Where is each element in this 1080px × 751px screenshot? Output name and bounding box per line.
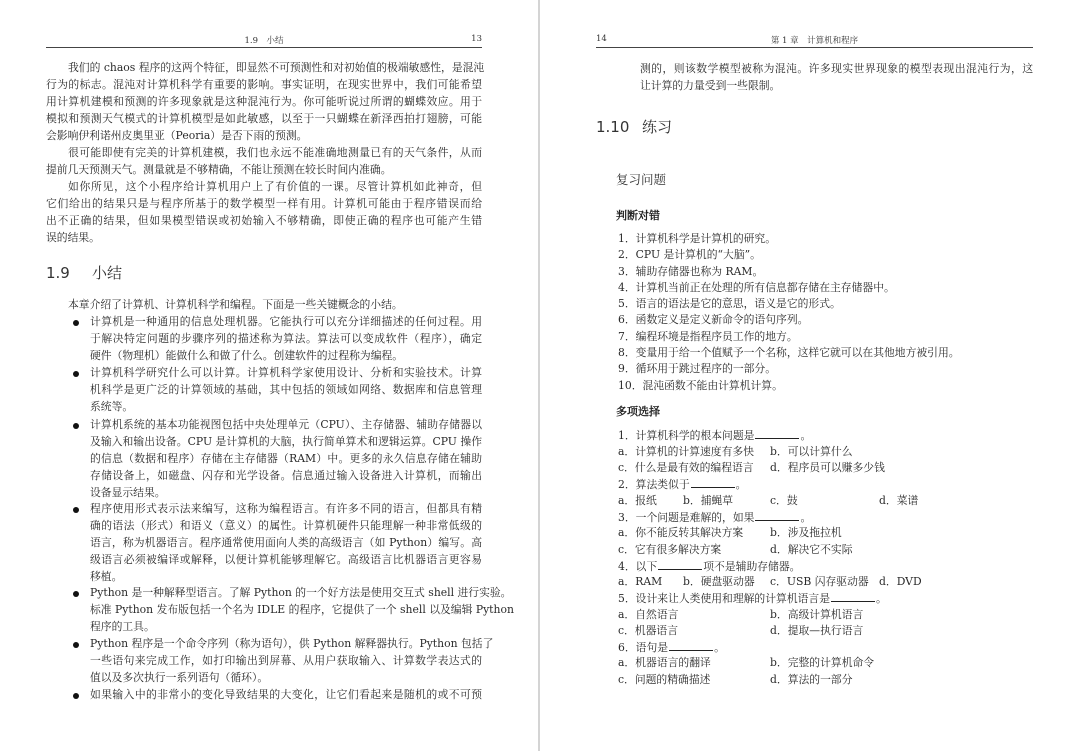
mc-option: d．提取—执行语言 [770,623,863,638]
mc-option: b．高级计算机语言 [770,607,863,622]
text-line: 于解决特定问题的步骤序列的描述称为算法。算法可以变成软件（程序），确定 [90,330,482,347]
text-line: Python 是一种解释型语言。了解 Python 的一个好方法是使用交互式 s… [90,584,482,601]
text-line: 及输入和输出设备。CPU 是计算机的大脑，执行简单算术和逻辑运算。CPU 操作 [90,433,482,450]
true-false-item: 2．CPU 是计算机的“大脑”。 [618,247,960,263]
section-number: 1.10 [596,118,642,136]
text-line: 模拟和预测天气模式的计算机模型是如此敏感，以至于一只蝴蝶在新泽西拍打翅膀，可能 [46,110,482,127]
bullet-icon [73,423,79,429]
mc-option: a．自然语言 [618,607,678,622]
mc-option: c．USB 闪存驱动器 [770,574,869,589]
mc-option: d．DVD [879,574,922,589]
stem-text: 。 [714,641,725,654]
mc-option: c．问题的精确描述 [618,672,710,687]
text-line: 很可能即使有完美的计算机建模，我们也永远不能准确地测量已有的天气条件，从而 [46,144,482,161]
true-false-item: 8．变量用于给一个值赋予一个名称，这样它就可以在其他地方被引用。 [618,345,960,361]
stem-text: 2．算法类似于 [618,478,690,491]
mc-question-stem: 3．一个问题是难解的，如果。 [618,509,811,526]
true-false-list: 1．计算机科学是计算机的研究。 2．CPU 是计算机的“大脑”。 3．辅助存储器… [618,231,960,394]
section-title: 练习 [642,118,672,136]
multiple-choice-heading: 多项选择 [616,403,660,419]
answer-blank [755,509,799,521]
text-line: 如你所见，这个小程序给计算机用户上了有价值的一课。尽管计算机如此神奇，但 [46,178,482,195]
mc-option: b．捕蝇草 [683,493,733,508]
text-line: 值以及多次执行一系列语句（循环）。 [90,669,482,686]
text-line: 本章介绍了计算机、计算机科学和编程。下面是一些关键概念的小结。 [68,296,482,313]
text-line: 行为的标志。混沌对计算机科学有重要的影响。事实证明，在现实世界中，我们可能希望 [46,76,482,93]
bullet-icon [73,642,79,648]
paragraph: 我们的 chaos 程序的这两个特征，即显然不可预测性和对初始值的极端敏感性，是… [46,59,482,144]
bullet-icon [73,371,79,377]
stem-text: 项不是辅助存储器。 [703,560,800,573]
text-line: 存储设备上，如磁盘、闪存和光学设备。信息通过输入设备进入计算机，而输出 [90,467,482,484]
text-line: 设备显示结果。 [90,484,482,501]
answer-blank [691,476,735,488]
paragraph: 如你所见，这个小程序给计算机用户上了有价值的一课。尽管计算机如此神奇，但 它们给… [46,178,482,246]
true-false-item: 5．语言的语法是它的意思，语义是它的形式。 [618,296,960,312]
text-line: 误的结果。 [46,229,482,246]
text-line: 程序的工具。 [90,618,482,635]
text-line: 用计算机建模和预测的许多现象就是这种混沌行为。你可能听说过所谓的蝴蝶效应。用于 [46,93,482,110]
mc-option: b．涉及拖拉机 [770,525,842,540]
answer-blank [755,427,799,439]
stem-text: 6．语句是 [618,641,668,654]
mc-question-stem: 1．计算机科学的根本问题是。 [618,427,811,444]
mc-option: a．你不能反转其解决方案 [618,525,743,540]
section-heading: 1.9小结 [46,262,122,283]
mc-question-stem: 2．算法类似于。 [618,476,746,493]
mc-option: b．硬盘驱动器 [683,574,755,589]
text-line: 我们的 chaos 程序的这两个特征，即显然不可预测性和对初始值的极端敏感性，是… [46,59,482,76]
text-line: 如果输入中的非常小的变化导致结果的大变化，让它们看起来是随机的或不可预 [90,686,482,703]
text-line: 测的，则该数学模型被称为混沌。许多现实世界现象的模型表现出混沌行为，这 [640,60,1033,77]
section-title: 小结 [92,264,122,282]
running-head: 14 第 1 章 计算机和程序 [596,34,1033,46]
mc-option: a．RAM [618,574,662,589]
summary-bullet: 程序使用形式表示法来编写，这称为编程语言。有许多不同的语言，但都具有精 确的语法… [90,500,482,585]
bullet-icon [73,507,79,513]
mc-option: d．解决它不实际 [770,542,853,557]
text-line: 提前几天预测天气。测量就是不够精确，不能让预测在较长时间内准确。 [46,161,482,178]
answer-blank [669,639,713,651]
summary-bullet: 计算机系统的基本功能视图包括中央处理单元（CPU）、主存储器、辅助存储器以 及输… [90,416,482,501]
mc-question-stem: 5．设计来让人类使用和理解的计算机语言是。 [618,590,887,607]
text-line: 计算机是一种通用的信息处理机器。它能执行可以充分详细描述的任何过程。用 [90,313,482,330]
mc-option: a．计算机的计算速度有多快 [618,444,754,459]
running-head: 1.9 小结 13 [46,34,482,46]
stem-text: 5．设计来让人类使用和理解的计算机语言是 [618,592,830,605]
text-line: 移植。 [90,568,482,585]
mc-option: d．菜谱 [879,493,918,508]
bullet-icon [73,320,79,326]
answer-blank [658,558,702,570]
summary-bullet: 计算机科学研究什么可以计算。计算机科学家使用设计、分析和实验技术。计算 机科学是… [90,364,482,415]
mc-option: b．可以计算什么 [770,444,853,459]
section-number: 1.9 [46,264,92,282]
true-false-item: 9．循环用于跳过程序的一部分。 [618,361,960,377]
bullet-icon [73,591,79,597]
stem-text: 。 [736,478,747,491]
stem-text: 。 [800,429,811,442]
review-questions-heading: 复习问题 [616,170,666,188]
text-line: 系统等。 [90,398,482,415]
true-false-item: 4．计算机当前正在处理的所有信息都存储在主存储器中。 [618,280,960,296]
mc-option: c．机器语言 [618,623,678,638]
mc-option: d．程序员可以赚多少钱 [770,460,885,475]
true-false-heading: 判断对错 [616,207,660,223]
header-rule [46,47,482,48]
stem-text: 3．一个问题是难解的，如果 [618,511,754,524]
text-line: 它们给出的结果只是与程序所基于的数学模型一样有用。计算机可能由于程序错误而给 [46,195,482,212]
summary-bullet: 计算机是一种通用的信息处理机器。它能执行可以充分详细描述的任何过程。用 于解决特… [90,313,482,364]
answer-blank [831,590,875,602]
text-line: 计算机科学研究什么可以计算。计算机科学家使用设计、分析和实验技术。计算 [90,364,482,381]
left-page: 1.9 小结 13 我们的 chaos 程序的这两个特征，即显然不可预测性和对初… [0,0,538,751]
stem-text: 4．以下 [618,560,657,573]
mc-question-stem: 6．语句是。 [618,639,725,656]
stem-text: 。 [800,511,811,524]
true-false-item: 6．函数定义是定义新命令的语句序列。 [618,312,960,328]
text-line: 机科学是更广泛的计算领域的基础，其中包括的领域如网络、数据库和信息管理 [90,381,482,398]
header-chapter-title: 第 1 章 计算机和程序 [596,34,1033,46]
text-line: 一些语句来完成工作，如打印输出到屏幕、从用户获取输入、计算数学表达式的 [90,652,482,669]
summary-bullet: Python 是一种解释型语言。了解 Python 的一个好方法是使用交互式 s… [90,584,482,635]
section-heading: 1.10练习 [596,116,672,137]
summary-bullet: 如果输入中的非常小的变化导致结果的大变化，让它们看起来是随机的或不可预 [90,686,482,703]
text-line: Python 程序是一个命令序列（称为语句），供 Python 解释器执行。Py… [90,635,482,652]
right-page: 14 第 1 章 计算机和程序 测的，则该数学模型被称为混沌。许多现实世界现象的… [540,0,1080,751]
mc-option: a．机器语言的翻译 [618,655,711,670]
paragraph: 很可能即使有完美的计算机建模，我们也永远不能准确地测量已有的天气条件，从而 提前… [46,144,482,178]
mc-option: d．算法的一部分 [770,672,853,687]
text-line: 语言，称为机器语言。程序通常使用面向人类的高级语言（如 Python）编写。高 [90,534,482,551]
mc-option: b．完整的计算机命令 [770,655,874,670]
text-line: 程序使用形式表示法来编写，这称为编程语言。有许多不同的语言，但都具有精 [90,500,482,517]
header-rule [596,47,1033,48]
text-line: 计算机系统的基本功能视图包括中央处理单元（CPU）、主存储器、辅助存储器以 [90,416,482,433]
header-section-title: 1.9 小结 [46,34,482,46]
mc-option: c．鼓 [770,493,798,508]
text-line: 让计算的力量受到一些限制。 [640,77,1033,94]
true-false-item: 7．编程环境是指程序员工作的地方。 [618,329,960,345]
stem-text: 1．计算机科学的根本问题是 [618,429,754,442]
true-false-item: 1．计算机科学是计算机的研究。 [618,231,960,247]
stem-text: 。 [876,592,887,605]
text-line: 会影响伊利诺州皮奥里亚（Peoria）是否下雨的预测。 [46,127,482,144]
section-intro: 本章介绍了计算机、计算机科学和编程。下面是一些关键概念的小结。 [68,296,482,313]
text-line: 的信息（数据和程序）存储在主存储器（RAM）中。更多的永久信息存储在辅助 [90,450,482,467]
mc-option: c．什么是最有效的编程语言 [618,460,754,475]
text-line: 确的语法（形式）和语义（意义）的属性。计算机硬件只能理解一种非常低级的 [90,517,482,534]
true-false-item: 3．辅助存储器也称为 RAM。 [618,264,960,280]
continuation-paragraph: 测的，则该数学模型被称为混沌。许多现实世界现象的模型表现出混沌行为，这 让计算的… [640,60,1033,94]
text-line: 级语言必须被编译或解释，以便计算机能够理解它。高级语言比机器语言更容易 [90,551,482,568]
text-line: 标准 Python 发布版包括一个名为 IDLE 的程序，它提供了一个 shel… [90,601,482,618]
bullet-icon [73,693,79,699]
text-line: 硬件（物理机）能做什么和做了什么。创建软件的过程称为编程。 [90,347,482,364]
mc-option: a．报纸 [618,493,657,508]
true-false-item: 10．混沌函数不能由计算机计算。 [618,378,960,394]
mc-option: c．它有很多解决方案 [618,542,721,557]
text-line: 出不正确的结果，但如果模型错误或初始输入不够精确，即使正确的程序也可能产生错 [46,212,482,229]
summary-bullet: Python 程序是一个命令序列（称为语句），供 Python 解释器执行。Py… [90,635,482,686]
mc-question-stem: 4．以下项不是辅助存储器。 [618,558,800,575]
page-number: 13 [471,34,482,44]
